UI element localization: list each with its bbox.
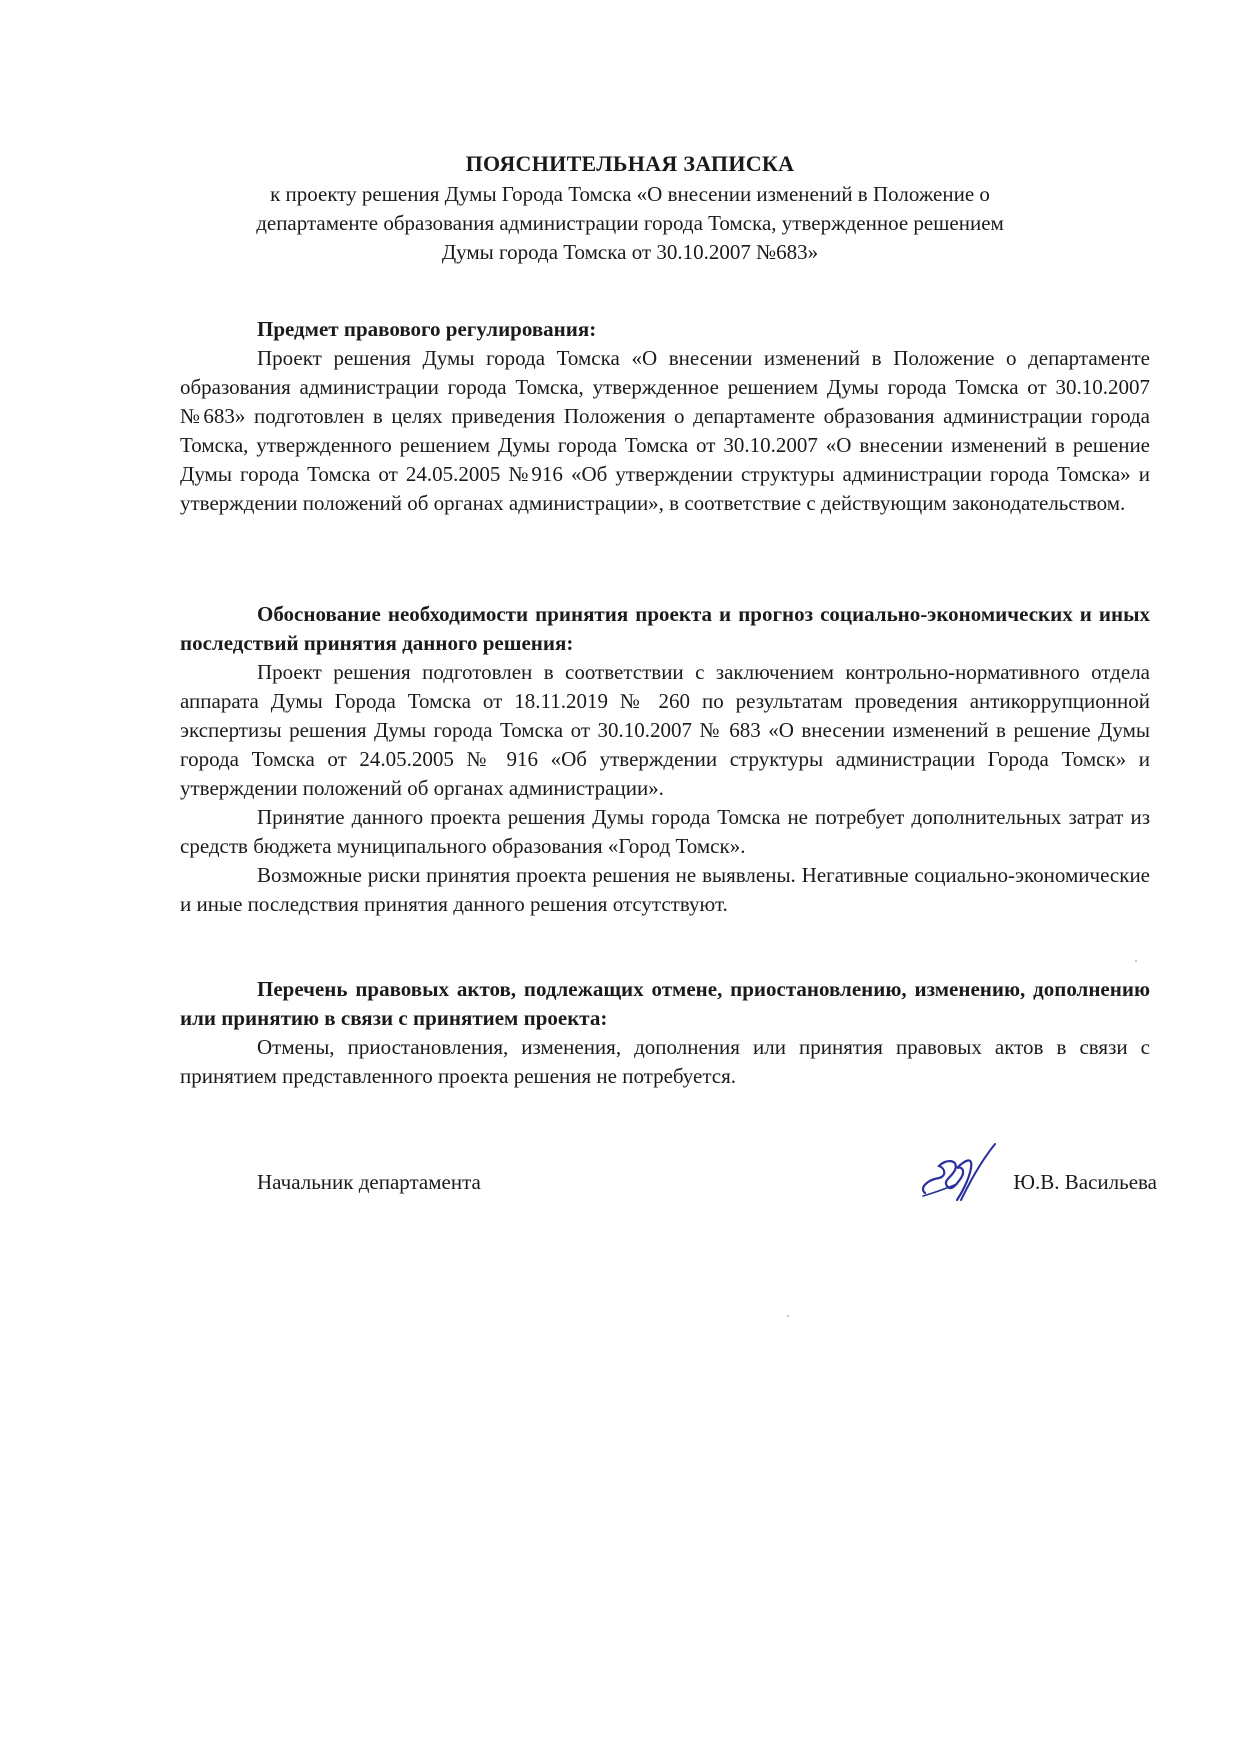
section-paragraph: Принятие данного проекта решения Думы го…: [180, 803, 1150, 861]
section-paragraph: Проект решения подготовлен в соответстви…: [180, 658, 1150, 803]
section-justification: Обоснование необходимости принятия проек…: [180, 600, 1150, 919]
scan-artifact: [1135, 960, 1137, 962]
scan-artifact: [787, 1315, 789, 1317]
document-subtitle-line: к проекту решения Думы Города Томска «О …: [180, 180, 1080, 209]
document-title: ПОЯСНИТЕЛЬНАЯ ЗАПИСКА: [180, 148, 1080, 180]
section-paragraph: Проект решения Думы города Томска «О вне…: [180, 344, 1150, 518]
section-legal-acts-list: Перечень правовых актов, подлежащих отме…: [180, 975, 1150, 1091]
document-subtitle-line: департаменте образования администрации г…: [180, 209, 1080, 238]
signatory-position: Начальник департамента: [257, 1168, 481, 1197]
document-header: ПОЯСНИТЕЛЬНАЯ ЗАПИСКА к проекту решения …: [180, 148, 1080, 267]
section-heading: Предмет правового регулирования:: [180, 315, 1150, 344]
section-paragraph: Отмены, приостановления, изменения, допо…: [180, 1033, 1150, 1091]
document-subtitle-line: Думы города Томска от 30.10.2007 №683»: [180, 238, 1080, 267]
section-paragraph: Возможные риски принятия проекта решения…: [180, 861, 1150, 919]
section-heading: Перечень правовых актов, подлежащих отме…: [180, 975, 1150, 1033]
handwritten-signature-icon: [917, 1138, 1007, 1208]
document-page: ПОЯСНИТЕЛЬНАЯ ЗАПИСКА к проекту решения …: [0, 0, 1240, 1753]
signatory-name: Ю.В. Васильева: [1013, 1168, 1157, 1197]
section-heading: Обоснование необходимости принятия проек…: [180, 600, 1150, 658]
section-legal-regulation-subject: Предмет правового регулирования: Проект …: [180, 315, 1150, 518]
